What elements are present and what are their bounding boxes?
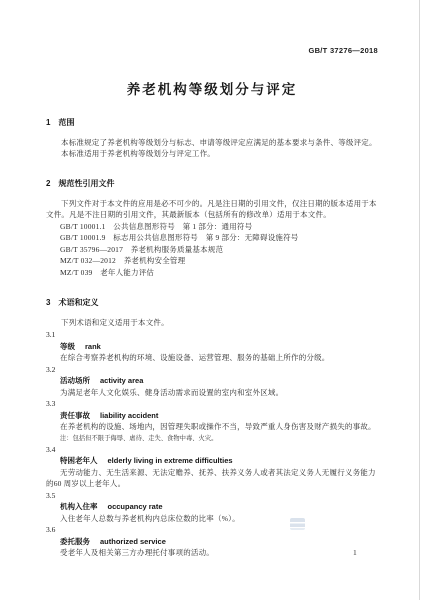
paragraph: 下列文件对于本文件的应用是必不可少的。凡是注日期的引用文件，仅注日期的版本适用于… <box>46 198 378 220</box>
section-heading-scope: 1范围 <box>46 117 378 128</box>
term-name: 等级rank <box>46 341 378 353</box>
reference-list: GB/T 10001.1 公共信息图形符号 第 1 部分：通用符号 GB/T 1… <box>46 221 378 278</box>
term-en: authorized service <box>100 537 166 546</box>
section-title: 范围 <box>58 118 74 127</box>
term-zh: 等级 <box>60 342 75 351</box>
term-entry: 3.4 特困老年人elderly living in extreme diffi… <box>46 444 378 490</box>
term-number: 3.1 <box>46 329 378 341</box>
term-en: occupancy rate <box>108 502 163 511</box>
scan-edge-line <box>419 0 420 600</box>
term-number: 3.3 <box>46 398 378 410</box>
term-note: 注：包括但不限于侮辱、虐待、走失、食物中毒、火灾。 <box>46 433 378 444</box>
term-en: liability accident <box>100 411 158 420</box>
paragraph: 本标准规定了养老机构等级划分与标志、申请等级评定应满足的基本要求与条件、等级评定… <box>46 137 378 148</box>
term-zh: 特困老年人 <box>60 456 98 465</box>
section-title: 术语和定义 <box>58 298 98 307</box>
term-zh: 活动场所 <box>60 376 90 385</box>
reference-item: MZ/T 039 老年人能力评估 <box>46 267 378 278</box>
term-number: 3.6 <box>46 524 378 536</box>
term-number: 3.2 <box>46 364 378 376</box>
term-name: 机构入住率occupancy rate <box>46 501 378 513</box>
section-heading-normative-references: 2规范性引用文件 <box>46 178 378 189</box>
section-number: 3 <box>46 298 50 307</box>
reference-item: MZ/T 032—2012 养老机构安全管理 <box>46 255 378 266</box>
term-definition: 无劳动能力、无生活来源、无法定赡养、抚养、扶养义务人或者其法定义务人无履行义务能… <box>46 467 378 490</box>
scanned-standard-document: { "page": { "header_code": "GB/T 37276—2… <box>0 0 425 600</box>
term-entry: 3.3 责任事故liability accident 在养老机构的设施、场地内，… <box>46 398 378 444</box>
faint-watermark <box>290 518 305 530</box>
terms-intro: 下列术语和定义适用于本文件。 <box>46 317 378 328</box>
term-number: 3.4 <box>46 444 378 456</box>
terms-list: 3.1 等级rank 在综合考察养老机构的环境、设施设备、运营管理、服务的基础上… <box>46 329 378 559</box>
term-number: 3.5 <box>46 490 378 502</box>
term-entry: 3.5 机构入住率occupancy rate 入住老年人总数与养老机构内总床位… <box>46 490 378 525</box>
term-en: elderly living in extreme difficulties <box>108 456 233 465</box>
section-number: 2 <box>46 179 50 188</box>
section-references-body: 下列文件对于本文件的应用是必不可少的。凡是注日期的引用文件，仅注日期的版本适用于… <box>46 198 378 278</box>
term-definition: 在综合考察养老机构的环境、设施设备、运营管理、服务的基础上所作的分级。 <box>46 352 378 364</box>
term-zh: 责任事故 <box>60 411 90 420</box>
term-name: 特困老年人elderly living in extreme difficult… <box>46 455 378 467</box>
section-number: 1 <box>46 118 50 127</box>
term-name: 委托服务authorized service <box>46 536 378 548</box>
page-number: 1 <box>353 548 357 557</box>
standard-code: GB/T 37276—2018 <box>46 46 378 55</box>
paragraph: 本标准适用于养老机构等级划分与评定工作。 <box>46 148 378 159</box>
term-zh: 机构入住率 <box>60 502 98 511</box>
section-title: 规范性引用文件 <box>58 179 114 188</box>
term-entry: 3.6 委托服务authorized service 受老年人及相关第三方办理托… <box>46 524 378 559</box>
reference-item: GB/T 10001.1 公共信息图形符号 第 1 部分：通用符号 <box>46 221 378 232</box>
term-name: 活动场所activity area <box>46 375 378 387</box>
document-page: GB/T 37276—2018 养老机构等级划分与评定 1范围 本标准规定了养老… <box>0 0 425 600</box>
section-terms-body: 下列术语和定义适用于本文件。 3.1 等级rank 在综合考察养老机构的环境、设… <box>46 317 378 559</box>
term-en: activity area <box>100 376 143 385</box>
reference-item: GB/T 10001.9 标志用公共信息图形符号 第 9 部分：无障碍设施符号 <box>46 232 378 243</box>
term-entry: 3.2 活动场所activity area 为满足老年人文化娱乐、健身活动需求而… <box>46 364 378 399</box>
term-definition: 受老年人及相关第三方办理托付事项的活动。 <box>46 547 378 559</box>
term-name: 责任事故liability accident <box>46 410 378 422</box>
document-title: 养老机构等级划分与评定 <box>46 78 378 98</box>
term-definition: 入住老年人总数与养老机构内总床位数的比率（%）。 <box>46 513 378 525</box>
reference-item: GB/T 35796—2017 养老机构服务质量基本规范 <box>46 244 378 255</box>
section-heading-terms-definitions: 3术语和定义 <box>46 297 378 308</box>
term-zh: 委托服务 <box>60 537 90 546</box>
term-definition: 在养老机构的设施、场地内，因管理失职或操作不当，导致严重人身伤害及财产损失的事故… <box>46 421 378 433</box>
term-definition: 为满足老年人文化娱乐、健身活动需求而设置的室内和室外区域。 <box>46 387 378 399</box>
section-scope-body: 本标准规定了养老机构等级划分与标志、申请等级评定应满足的基本要求与条件、等级评定… <box>46 137 378 159</box>
term-entry: 3.1 等级rank 在综合考察养老机构的环境、设施设备、运营管理、服务的基础上… <box>46 329 378 364</box>
term-en: rank <box>85 342 101 351</box>
